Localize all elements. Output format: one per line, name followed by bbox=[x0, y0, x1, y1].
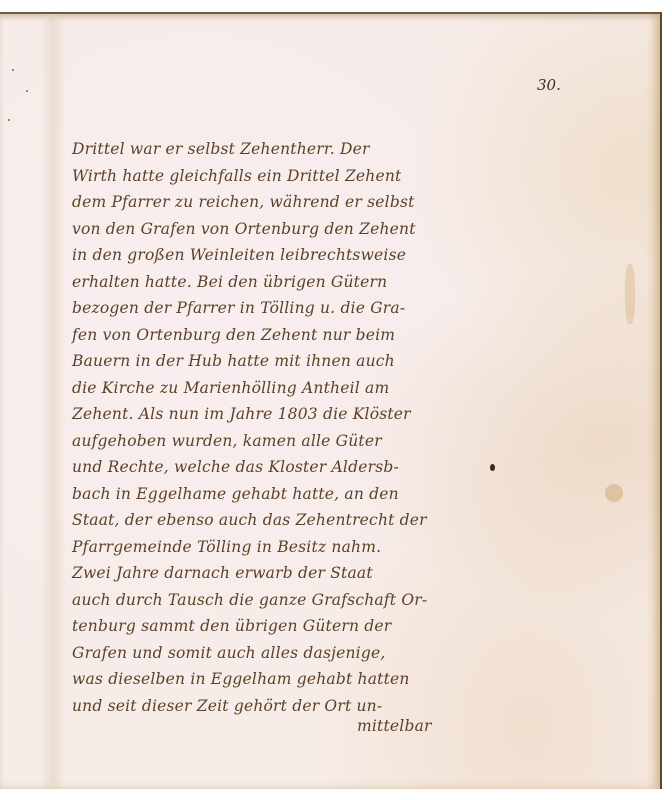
text-line: erhalten hatte. Bei den übrigen Gütern bbox=[72, 269, 512, 296]
text-line: und seit dieser Zeit gehört der Ort un- bbox=[72, 693, 512, 720]
handwritten-text-block: Drittel war er selbst Zehentherr. Der Wi… bbox=[72, 136, 512, 733]
text-line: tenburg sammt den übrigen Gütern der bbox=[72, 613, 512, 640]
text-line: und Rechte, welche das Kloster Aldersb- bbox=[72, 454, 512, 481]
text-line: dem Pfarrer zu reichen, während er selbs… bbox=[72, 189, 512, 216]
text-line: fen von Ortenburg den Zehent nur beim bbox=[72, 322, 512, 349]
text-line: Drittel war er selbst Zehentherr. Der bbox=[72, 136, 512, 163]
binding-gutter bbox=[40, 14, 66, 789]
text-line: Grafen und somit auch alles dasjenige, bbox=[72, 640, 512, 667]
text-line: bezogen der Pfarrer in Tölling u. die Gr… bbox=[72, 295, 512, 322]
ink-speck bbox=[8, 119, 10, 121]
text-line: Staat, der ebenso auch das Zehentrecht d… bbox=[72, 507, 512, 534]
text-line: von den Grafen von Ortenburg den Zehent bbox=[72, 216, 512, 243]
text-line: Bauern in der Hub hatte mit ihnen auch bbox=[72, 348, 512, 375]
ink-speck bbox=[26, 90, 28, 92]
text-line: in den großen Weinleiten leibrechtsweise bbox=[72, 242, 512, 269]
foxing-stain bbox=[625, 264, 635, 324]
text-line: Zwei Jahre darnach erwarb der Staat bbox=[72, 560, 512, 587]
text-line: was dieselben in Eggelham gehabt hatten bbox=[72, 666, 512, 693]
text-line: Pfarrgemeinde Tölling in Besitz nahm. bbox=[72, 534, 512, 561]
manuscript-page: 30. Drittel war er selbst Zehentherr. De… bbox=[0, 12, 662, 789]
text-line: Zehent. Als nun im Jahre 1803 die Klöste… bbox=[72, 401, 512, 428]
text-line: bach in Eggelhame gehabt hatte, an den bbox=[72, 481, 512, 508]
scanned-document: 30. Drittel war er selbst Zehentherr. De… bbox=[0, 0, 672, 800]
page-number: 30. bbox=[537, 76, 561, 94]
ink-speck bbox=[12, 69, 14, 71]
catchword-line: mittelbar bbox=[72, 719, 512, 733]
text-line: Wirth hatte gleichfalls ein Drittel Zehe… bbox=[72, 163, 512, 190]
text-line: die Kirche zu Marienhölling Antheil am bbox=[72, 375, 512, 402]
foxing-stain bbox=[605, 484, 623, 502]
text-line: aufgehoben wurden, kamen alle Güter bbox=[72, 428, 512, 455]
text-line: auch durch Tausch die ganze Grafschaft O… bbox=[72, 587, 512, 614]
